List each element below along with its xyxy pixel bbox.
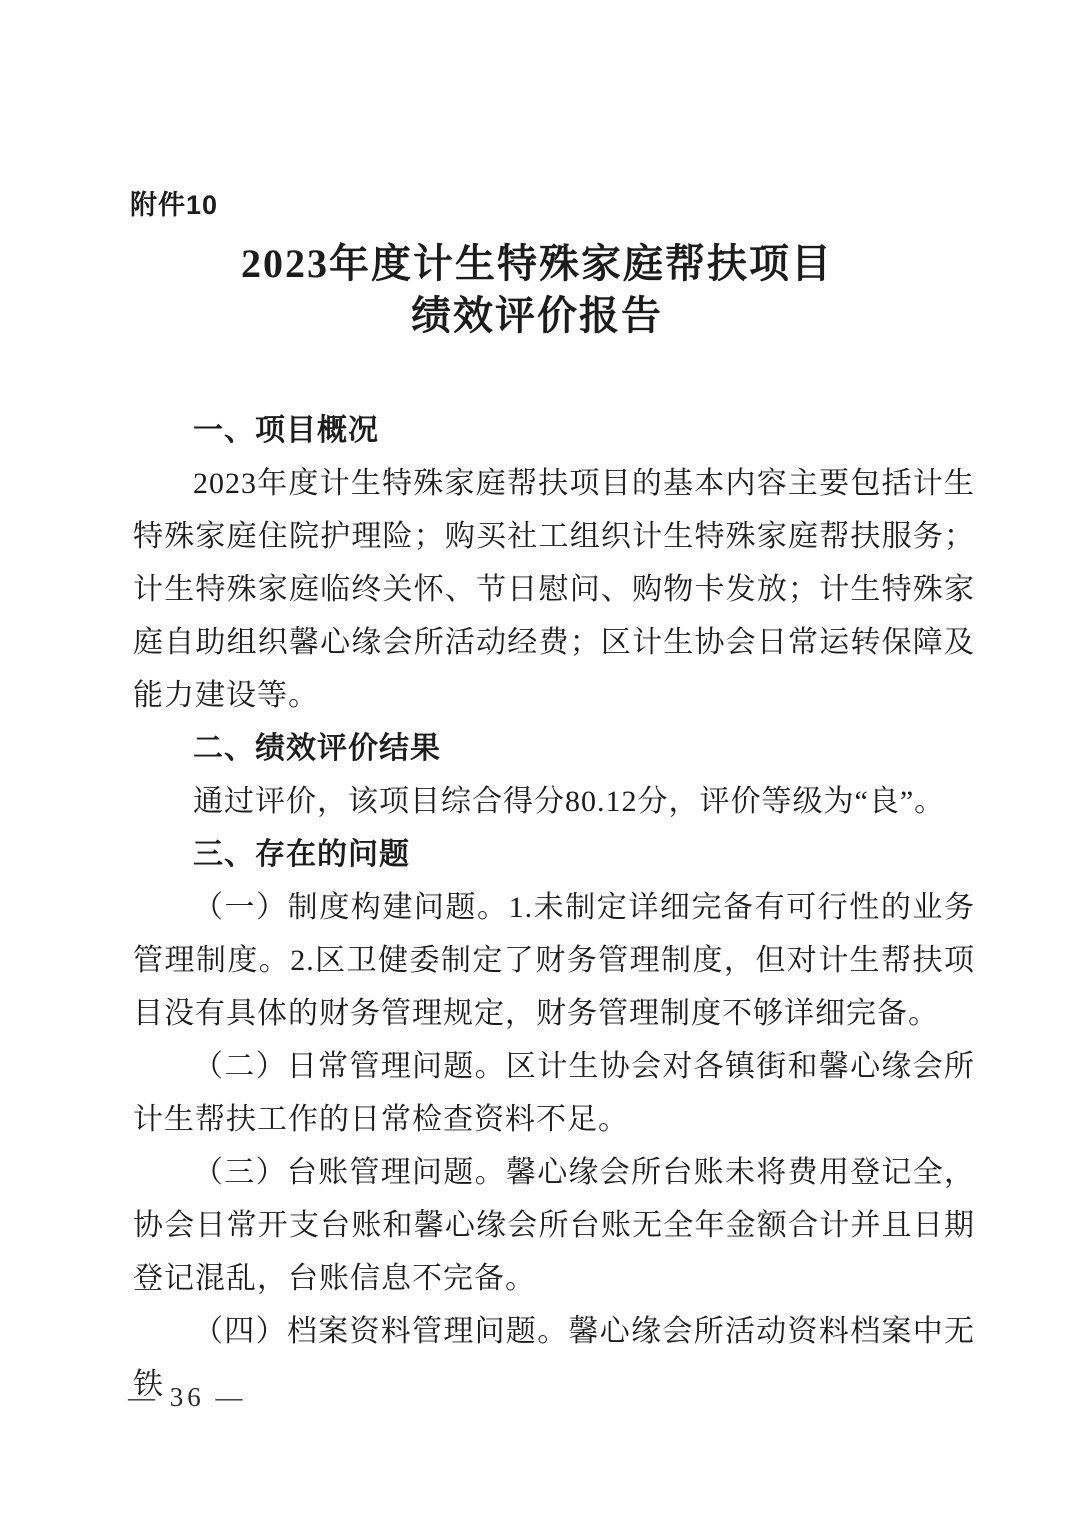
paragraph-problem-1: （一）制度构建问题。1.未制定详细完备有可行性的业务管理制度。2.区卫健委制定了… [133,881,975,1040]
paragraph-problem-4: （四）档案资料管理问题。馨心缘会所活动资料档案中无铁 [133,1305,975,1411]
document-title-line2: 绩效评价报告 [0,290,1074,342]
paragraph-problem-2: （二）日常管理问题。区计生协会对各镇街和馨心缘会所计生帮扶工作的日常检查资料不足… [133,1040,975,1146]
section-heading-3: 三、存在的问题 [133,828,975,881]
paragraph-problem-3: （三）台账管理问题。馨心缘会所台账未将费用登记全，协会日常开支台账和馨心缘会所台… [133,1146,975,1305]
document-title-line1: 2023年度计生特殊家庭帮扶项目 [0,238,1074,290]
section-heading-1: 一、项目概况 [133,404,975,457]
page-number: — 36 — [128,1380,247,1414]
document-body: 一、项目概况 2023年度计生特殊家庭帮扶项目的基本内容主要包括计生特殊家庭住院… [133,404,975,1411]
document-title: 2023年度计生特殊家庭帮扶项目 绩效评价报告 [0,238,1074,342]
paragraph-evaluation-result: 通过评价，该项目综合得分80.12分，评价等级为“良”。 [133,775,975,828]
document-page: 附件10 2023年度计生特殊家庭帮扶项目 绩效评价报告 一、项目概况 2023… [0,0,1074,1520]
paragraph-project-overview: 2023年度计生特殊家庭帮扶项目的基本内容主要包括计生特殊家庭住院护理险；购买社… [133,457,975,722]
section-heading-2: 二、绩效评价结果 [133,722,975,775]
attachment-label: 附件10 [130,188,218,222]
